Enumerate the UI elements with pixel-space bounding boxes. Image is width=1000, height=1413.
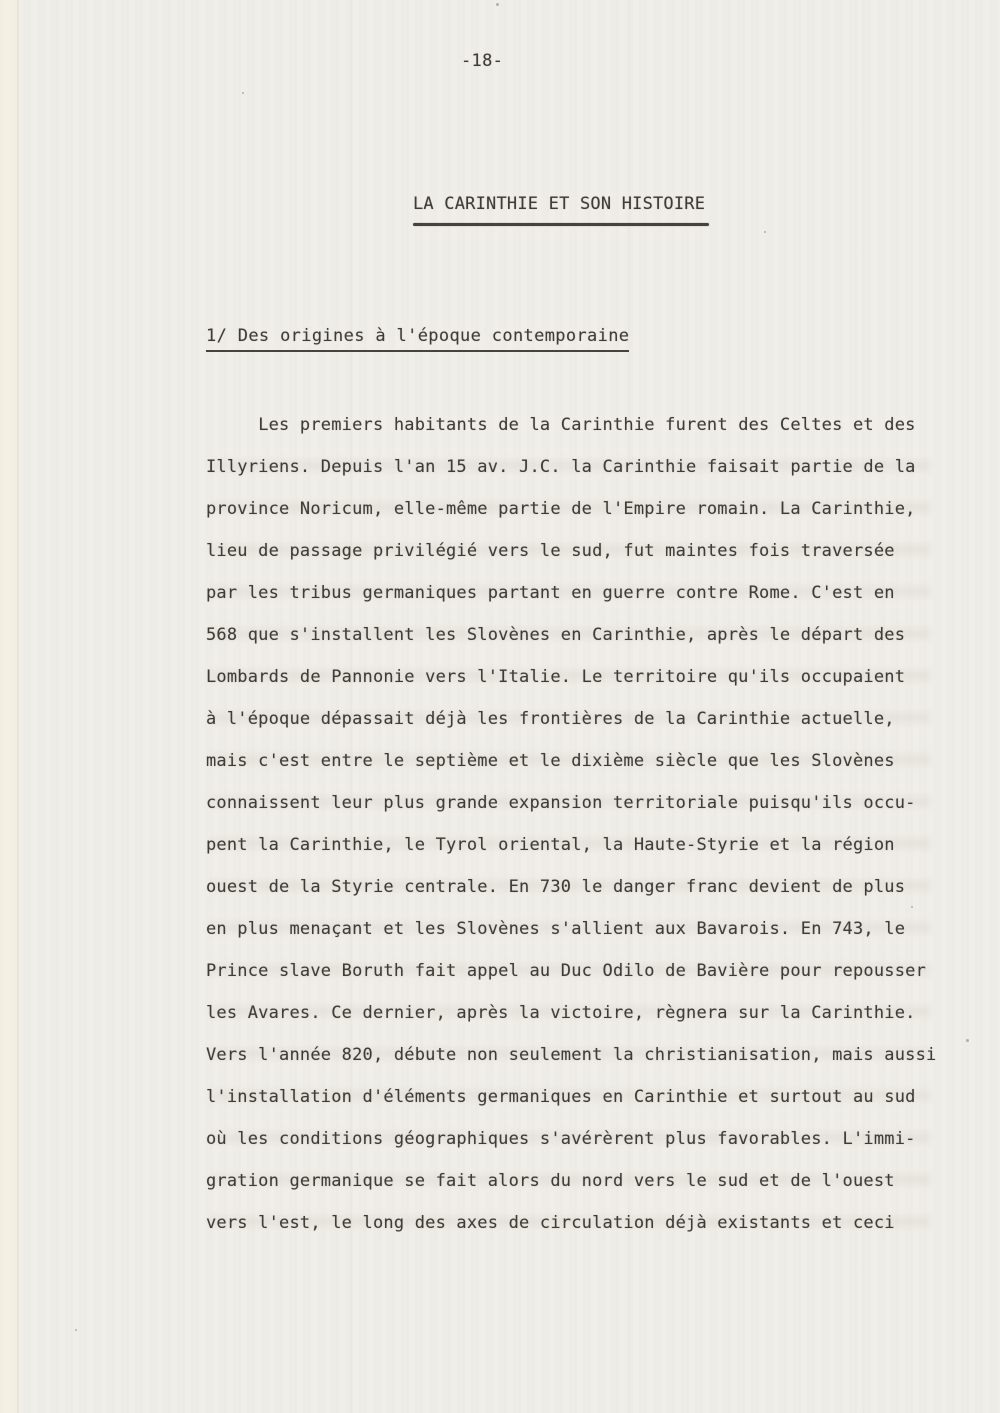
page-number: -18- xyxy=(461,51,503,71)
paper-speck xyxy=(75,1329,77,1331)
document-title-block: LA CARINTHIE ET SON HISTOIRE xyxy=(413,194,709,226)
page-left-edge xyxy=(0,0,17,1413)
document-title: LA CARINTHIE ET SON HISTOIRE xyxy=(413,194,709,214)
paper-speck xyxy=(242,92,244,94)
section-heading: 1/ Des origines à l'époque contemporaine xyxy=(206,326,629,352)
scanned-page: -18- LA CARINTHIE ET SON HISTOIRE 1/ Des… xyxy=(0,0,1000,1413)
paper-speck xyxy=(966,1039,969,1042)
title-underline xyxy=(413,223,709,226)
paper-speck xyxy=(764,231,766,233)
paper-speck xyxy=(496,3,499,6)
body-text: Les premiers habitants de la Carinthie f… xyxy=(206,404,951,1244)
